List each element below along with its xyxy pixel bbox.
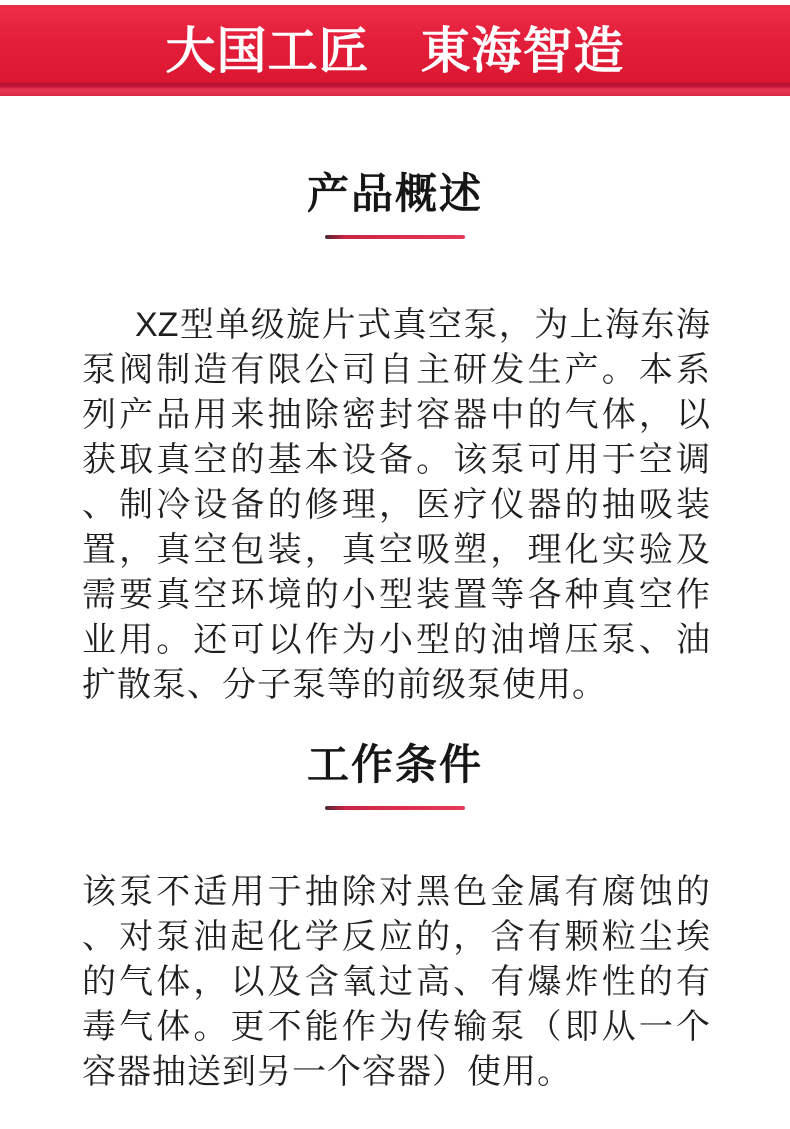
text-line: 列产品用来抽除密封容器中的气体，以 (82, 393, 710, 438)
text-line: 获取真空的基本设备。该泵可用于空调 (82, 438, 710, 483)
text-line: 、制冷设备的修理，医疗仪器的抽吸装 (82, 483, 710, 528)
section-heading-product-overview: 产品概述 (0, 171, 790, 217)
text-line: 置，真空包装，真空吸塑，理化实验及 (82, 528, 710, 573)
section-working-conditions: 工作条件 该泵不适用于抽除对黑色金属有腐蚀的、对泵油起化学反应的，含有颗粒尘埃的… (0, 742, 790, 1095)
paragraph-product-overview: XZ型单级旋片式真空泵，为上海东海泵阀制造有限公司自主研发生产。本系列产品用来抽… (82, 303, 710, 708)
heading-underline (325, 235, 465, 239)
text-line: 业用。还可以作为小型的油增压泵、油 (82, 618, 710, 663)
heading-underline (325, 806, 465, 810)
brand-banner: 大国工匠 東海智造 (0, 5, 790, 96)
section-heading-working-conditions: 工作条件 (0, 742, 790, 788)
brand-banner-title: 大国工匠 東海智造 (166, 26, 625, 76)
text-line: 容器抽送到另一个容器）使用。 (82, 1050, 710, 1095)
paragraph-working-conditions: 该泵不适用于抽除对黑色金属有腐蚀的、对泵油起化学反应的，含有颗粒尘埃的气体，以及… (82, 870, 710, 1095)
text-line: 、对泵油起化学反应的，含有颗粒尘埃 (82, 915, 710, 960)
text-line: 该泵不适用于抽除对黑色金属有腐蚀的 (82, 870, 710, 915)
text-line: XZ型单级旋片式真空泵，为上海东海 (82, 303, 710, 348)
text-line: 毒气体。更不能作为传输泵（即从一个 (82, 1005, 710, 1050)
text-line: 扩散泵、分子泵等的前级泵使用。 (82, 663, 710, 708)
section-product-overview: 产品概述 XZ型单级旋片式真空泵，为上海东海泵阀制造有限公司自主研发生产。本系列… (0, 171, 790, 708)
text-line: 需要真空环境的小型装置等各种真空作 (82, 573, 710, 618)
text-line: 的气体，以及含氧过高、有爆炸性的有 (82, 960, 710, 1005)
text-line: 泵阀制造有限公司自主研发生产。本系 (82, 348, 710, 393)
